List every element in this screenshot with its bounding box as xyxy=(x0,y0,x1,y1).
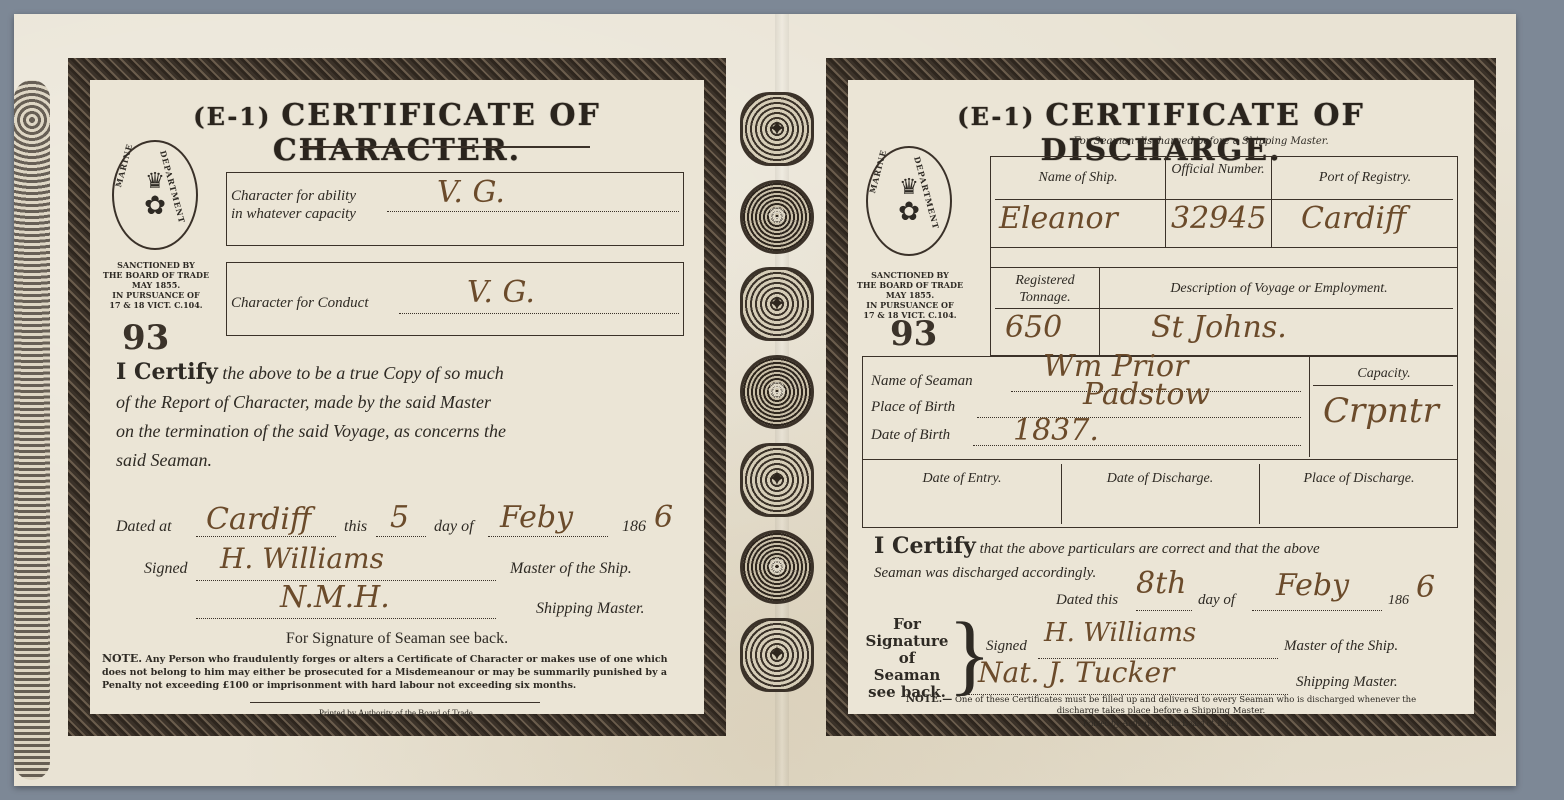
year-suffix: 6 xyxy=(654,500,673,535)
crown-icon: ♛ xyxy=(899,177,919,199)
certify-line: the above to be a true Copy of so much xyxy=(222,363,503,383)
form-code: (E-1) xyxy=(193,102,271,131)
conduct-line xyxy=(399,313,679,314)
header-date-of-discharge: Date of Discharge. xyxy=(1061,470,1259,487)
seaman-details-box: Name of Seaman Wm Prior Place of Birth P… xyxy=(862,356,1458,460)
note-label: NOTE.— xyxy=(906,694,952,705)
ornament-diamond-icon: ✦ xyxy=(740,92,814,166)
certify-lead: I Certify xyxy=(874,533,976,559)
sanction-line: 17 & 18 Vict. c.104. xyxy=(96,300,216,310)
sanction-text: Sanctioned by The Board of Trade May 185… xyxy=(850,270,970,320)
day-of-label: day of xyxy=(1198,586,1235,615)
sanction-line: The Board of Trade xyxy=(96,270,216,280)
header-official-number: Official Number. xyxy=(1165,161,1271,178)
title-rule xyxy=(300,146,590,148)
dated-this-label: Dated this xyxy=(1056,586,1118,615)
ornament-rosette-icon: ❁ xyxy=(740,180,814,254)
ornament-diamond-icon: ✦ xyxy=(740,443,814,517)
sanction-line: In pursuance of xyxy=(850,300,970,310)
header-registered-tonnage: Registered Tonnage. xyxy=(991,272,1099,306)
ship-details-table: Name of Ship. Official Number. Port of R… xyxy=(990,156,1458,268)
port-of-registry-value: Cardiff xyxy=(1301,201,1406,236)
side-note-line: Signature xyxy=(864,633,950,650)
birthdate-value: 1837. xyxy=(1013,413,1099,448)
dated-day-line xyxy=(1136,610,1192,611)
capacity-value: Crpntr xyxy=(1323,391,1439,431)
dated-month-value: Feby xyxy=(1276,568,1349,603)
marine-department-seal: ♛ ✿ MARINE DEPARTMENT xyxy=(112,140,198,250)
tonnage-value: 650 xyxy=(1005,310,1062,345)
master-signature: H. Williams xyxy=(1044,618,1196,648)
dated-month-line xyxy=(1252,610,1382,611)
header-name-of-ship: Name of Ship. xyxy=(991,169,1165,186)
sanction-line: May 1855. xyxy=(850,290,970,300)
ornament-rosette-icon: ❁ xyxy=(740,530,814,604)
dated-month-line xyxy=(488,536,608,537)
note-text: One of these Certificates must be filled… xyxy=(955,695,1416,716)
day-of-label: day of xyxy=(434,512,474,541)
middle-ornament-column: ✦ ❁ ✦ ❁ ✦ ❁ ✦ xyxy=(732,92,822,692)
voyage-table: Registered Tonnage. Description of Voyag… xyxy=(990,268,1458,356)
dated-day-value: 8th xyxy=(1136,566,1186,601)
dated-day-value: 5 xyxy=(390,500,409,535)
dated-day-line xyxy=(376,536,426,537)
shipping-master-signature: Nat. J. Tucker xyxy=(978,656,1174,689)
left-edge-ornament xyxy=(14,80,50,780)
master-signature: H. Williams xyxy=(220,542,384,575)
ornament-rosette-icon: ❁ xyxy=(740,355,814,429)
signed-label: Signed xyxy=(144,554,188,583)
discharge-dates-table: Date of Entry. Date of Discharge. Place … xyxy=(862,460,1458,528)
form-code: (E-1) xyxy=(957,102,1035,131)
header-port-of-registry: Port of Registry. xyxy=(1271,169,1459,186)
penalty-note: NOTE. Any Person who fraudulently forges… xyxy=(102,652,692,692)
note-label: NOTE. xyxy=(102,652,142,665)
seaman-name-label: Name of Seaman xyxy=(871,373,973,390)
table-divider xyxy=(991,247,1457,248)
shipping-master-signature: N.M.H. xyxy=(280,580,390,615)
shipping-master-label: Shipping Master. xyxy=(536,594,644,623)
title-text: CERTIFICATE OF CHARACTER. xyxy=(273,98,601,168)
certificate-of-character: (E-1)CERTIFICATE OF CHARACTER. ♛ ✿ MARIN… xyxy=(68,58,726,736)
certificate-title: (E-1)CERTIFICATE OF CHARACTER. xyxy=(110,98,684,168)
table-divider xyxy=(995,308,1453,309)
sanction-line: In pursuance of xyxy=(96,290,216,300)
birthdate-label: Date of Birth xyxy=(871,427,950,444)
certificate-number: 93 xyxy=(890,314,937,354)
sanction-line: The Board of Trade xyxy=(850,280,970,290)
voyage-description-value: St Johns. xyxy=(1151,310,1287,345)
conduct-label: Character for Conduct xyxy=(231,295,369,312)
discharge-note: NOTE.— One of these Certificates must be… xyxy=(888,694,1434,717)
rose-icon: ✿ xyxy=(898,199,920,225)
printed-by: Printed by Authority of the Board of Tra… xyxy=(848,718,1474,728)
ship-name-value: Eleanor xyxy=(999,201,1118,236)
certify-line: on the termination of the said Voyage, a… xyxy=(116,417,696,446)
ability-field-box: Character for ability in whatever capaci… xyxy=(226,172,684,246)
certify-line: said Seaman. xyxy=(116,446,696,475)
dated-at-label: Dated at xyxy=(116,512,172,541)
birthplace-label: Place of Birth xyxy=(871,399,955,416)
shipping-master-label: Shipping Master. xyxy=(1296,668,1398,697)
side-note-line: Seaman xyxy=(864,667,950,684)
official-number-value: 32945 xyxy=(1171,201,1266,236)
certify-line: of the Report of Character, made by the … xyxy=(116,388,696,417)
sanction-line: Sanctioned by xyxy=(96,260,216,270)
year-prefix: 186 xyxy=(622,512,646,541)
side-note-line: of xyxy=(864,650,950,667)
ornament-diamond-icon: ✦ xyxy=(740,267,814,341)
dated-month-value: Feby xyxy=(500,500,573,535)
dated-place-value: Cardiff xyxy=(206,502,311,537)
ornament-diamond-icon: ✦ xyxy=(740,618,814,692)
crown-icon: ♛ xyxy=(145,171,165,193)
certify-lead: I Certify xyxy=(116,359,218,385)
header-date-of-entry: Date of Entry. xyxy=(863,470,1061,487)
shipping-master-line xyxy=(196,618,496,619)
capacity-label: Capacity. xyxy=(1309,365,1459,382)
header-voyage-description: Description of Voyage or Employment. xyxy=(1099,280,1459,297)
sanction-text: Sanctioned by The Board of Trade May 185… xyxy=(96,260,216,310)
seaman-signature-note: For Signature of Seaman see back. xyxy=(90,630,704,648)
certify-line: that the above particulars are correct a… xyxy=(980,541,1320,557)
master-label: Master of the Ship. xyxy=(1284,632,1398,661)
table-divider xyxy=(1313,385,1453,386)
side-note-line: For xyxy=(864,616,950,633)
conduct-value: V. G. xyxy=(467,275,535,310)
ability-value: V. G. xyxy=(437,175,505,210)
dated-this-label: this xyxy=(344,512,367,541)
printed-by: Printed by Authority of the Board of Tra… xyxy=(90,708,704,718)
ability-label: Character for ability in whatever capaci… xyxy=(231,187,356,223)
sanction-line: May 1855. xyxy=(96,280,216,290)
rose-icon: ✿ xyxy=(144,193,166,219)
ability-label-line: in whatever capacity xyxy=(231,205,356,223)
certificate-of-discharge: (E-1)CERTIFICATE OF DISCHARGE. For Seama… xyxy=(826,58,1496,736)
footer-rule xyxy=(250,702,540,703)
ability-line xyxy=(387,211,679,212)
table-divider xyxy=(995,199,1453,200)
certify-statement: I Certify the above to be a true Copy of… xyxy=(116,358,696,475)
ability-label-line: Character for ability xyxy=(231,187,356,205)
certificate-number: 93 xyxy=(122,318,169,358)
certificate-subtitle: For Seaman discharged before a Shipping … xyxy=(948,136,1454,147)
birthplace-value: Padstow xyxy=(1083,377,1210,412)
seaman-signature-side-note: For Signature of Seaman see back. xyxy=(864,616,950,701)
master-label: Master of the Ship. xyxy=(510,554,632,583)
conduct-field-box: Character for Conduct V. G. xyxy=(226,262,684,336)
header-place-of-discharge: Place of Discharge. xyxy=(1259,470,1459,487)
note-text: Any Person who fraudulently forges or al… xyxy=(102,654,668,691)
marine-department-seal: ♛ ✿ MARINE DEPARTMENT xyxy=(866,146,952,256)
year-suffix: 6 xyxy=(1416,570,1435,605)
sanction-line: Sanctioned by xyxy=(850,270,970,280)
year-prefix: 186 xyxy=(1388,586,1409,615)
